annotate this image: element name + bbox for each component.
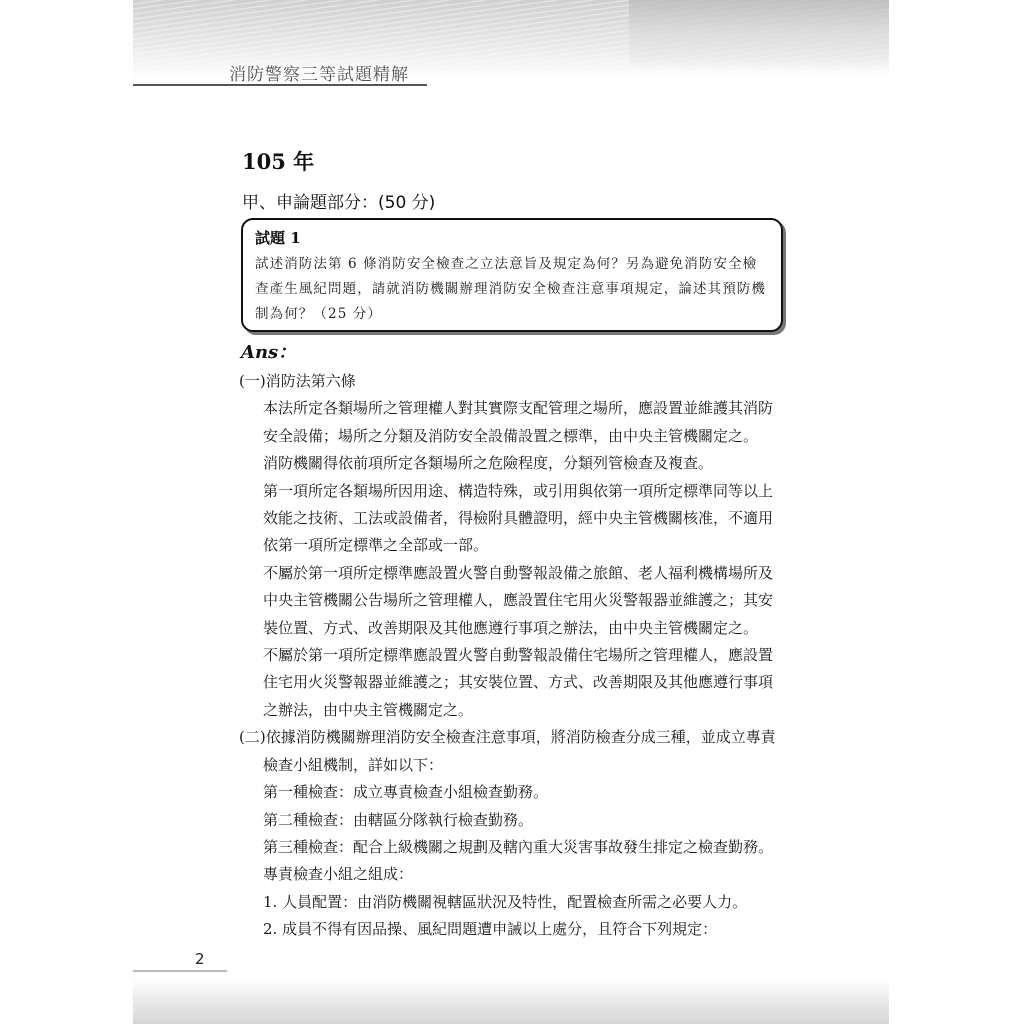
answer-line: 不屬於第一項所定標準應設置火警自動警報設備住宅場所之管理權人，應設置 <box>239 642 799 669</box>
answer-line: 2. 成員不得有因品操、風紀問題遭申誡以上處分，且符合下列規定： <box>239 916 799 943</box>
answer-line: 之辦法，由中央主管機關定之。 <box>239 697 799 724</box>
answer-line: 專責檢查小組之組成： <box>239 861 799 888</box>
question-text: 試述消防法第 6 條消防安全檢查之立法意旨及規定為何？另為避免消防安全檢 查產生… <box>255 252 775 327</box>
question-box: 試題 1 試述消防法第 6 條消防安全檢查之立法意旨及規定為何？另為避免消防安全… <box>241 218 783 332</box>
question-line: 試述消防法第 6 條消防安全檢查之立法意旨及規定為何？另為避免消防安全檢 <box>255 252 775 277</box>
answer-line: 住宅用火災警報器並維護之；其安裝位置、方式、改善期限及其他應遵行事項 <box>239 669 799 696</box>
footer-decoration <box>133 978 889 1024</box>
page-number: 2 <box>195 950 205 968</box>
running-title: 消防警察三等試題精解 <box>229 60 409 85</box>
answer-line: 中央主管機關公告場所之管理權人，應設置住宅用火災警報器並維護之；其安 <box>239 587 799 614</box>
answer-line: 裝位置、方式、改善期限及其他應遵行事項之辦法，由中央主管機關定之。 <box>239 615 799 642</box>
answer-line: 消防機關得依前項所定各類場所之危險程度，分類列管檢查及複查。 <box>239 450 799 477</box>
answer-line: (一)消防法第六條 <box>239 368 799 395</box>
answer-line: 安全設備；場所之分類及消防安全設備設置之標準，由中央主管機關定之。 <box>239 423 799 450</box>
answer-line: 檢查小組機制，詳如以下： <box>239 752 799 779</box>
answer-line: 第三種檢查：配合上級機關之規劃及轄內重大災害事故發生排定之檢查勤務。 <box>239 834 799 861</box>
answer-line: 第一種檢查：成立專責檢查小組檢查勤務。 <box>239 779 799 806</box>
document-page: 消防警察三等試題精解 105 年 甲、申論題部分：(50 分) 試題 1 試述消… <box>133 0 889 1024</box>
answer-line: 不屬於第一項所定標準應設置火警自動警報設備之旅館、老人福利機構場所及 <box>239 560 799 587</box>
question-line: 制為何？（25 分） <box>255 302 775 327</box>
answer-line: 本法所定各類場所之管理權人對其實際支配管理之場所，應設置並維護其消防 <box>239 395 799 422</box>
question-line: 查產生風紀問題，請就消防機關辦理消防安全檢查注意事項規定，論述其預防機 <box>255 277 775 302</box>
answer-line: 第二種檢查：由轄區分隊執行檢查勤務。 <box>239 807 799 834</box>
answer-line: 1. 人員配置：由消防機關視轄區狀況及特性，配置檢查所需之必要人力。 <box>239 889 799 916</box>
answer-line: 依第一項所定標準之全部或一部。 <box>239 532 799 559</box>
footer-divider <box>133 970 227 972</box>
answer-label: Ans： <box>241 338 296 364</box>
answer-body: (一)消防法第六條本法所定各類場所之管理權人對其實際支配管理之場所，應設置並維護… <box>239 368 799 944</box>
answer-line: 第一項所定各類場所因用途、構造特殊，或引用與依第一項所定標準同等以上 <box>239 478 799 505</box>
answer-line: (二)依據消防機關辦理消防安全檢查注意事項，將消防檢查分成三種，並成立專責 <box>239 724 799 751</box>
question-label: 試題 1 <box>255 227 301 248</box>
year-heading: 105 年 <box>242 146 314 176</box>
header-divider <box>133 84 427 86</box>
section-heading: 甲、申論題部分：(50 分) <box>242 188 435 213</box>
answer-line: 效能之技術、工法或設備者，得檢附具體證明，經中央主管機關核准，不適用 <box>239 505 799 532</box>
